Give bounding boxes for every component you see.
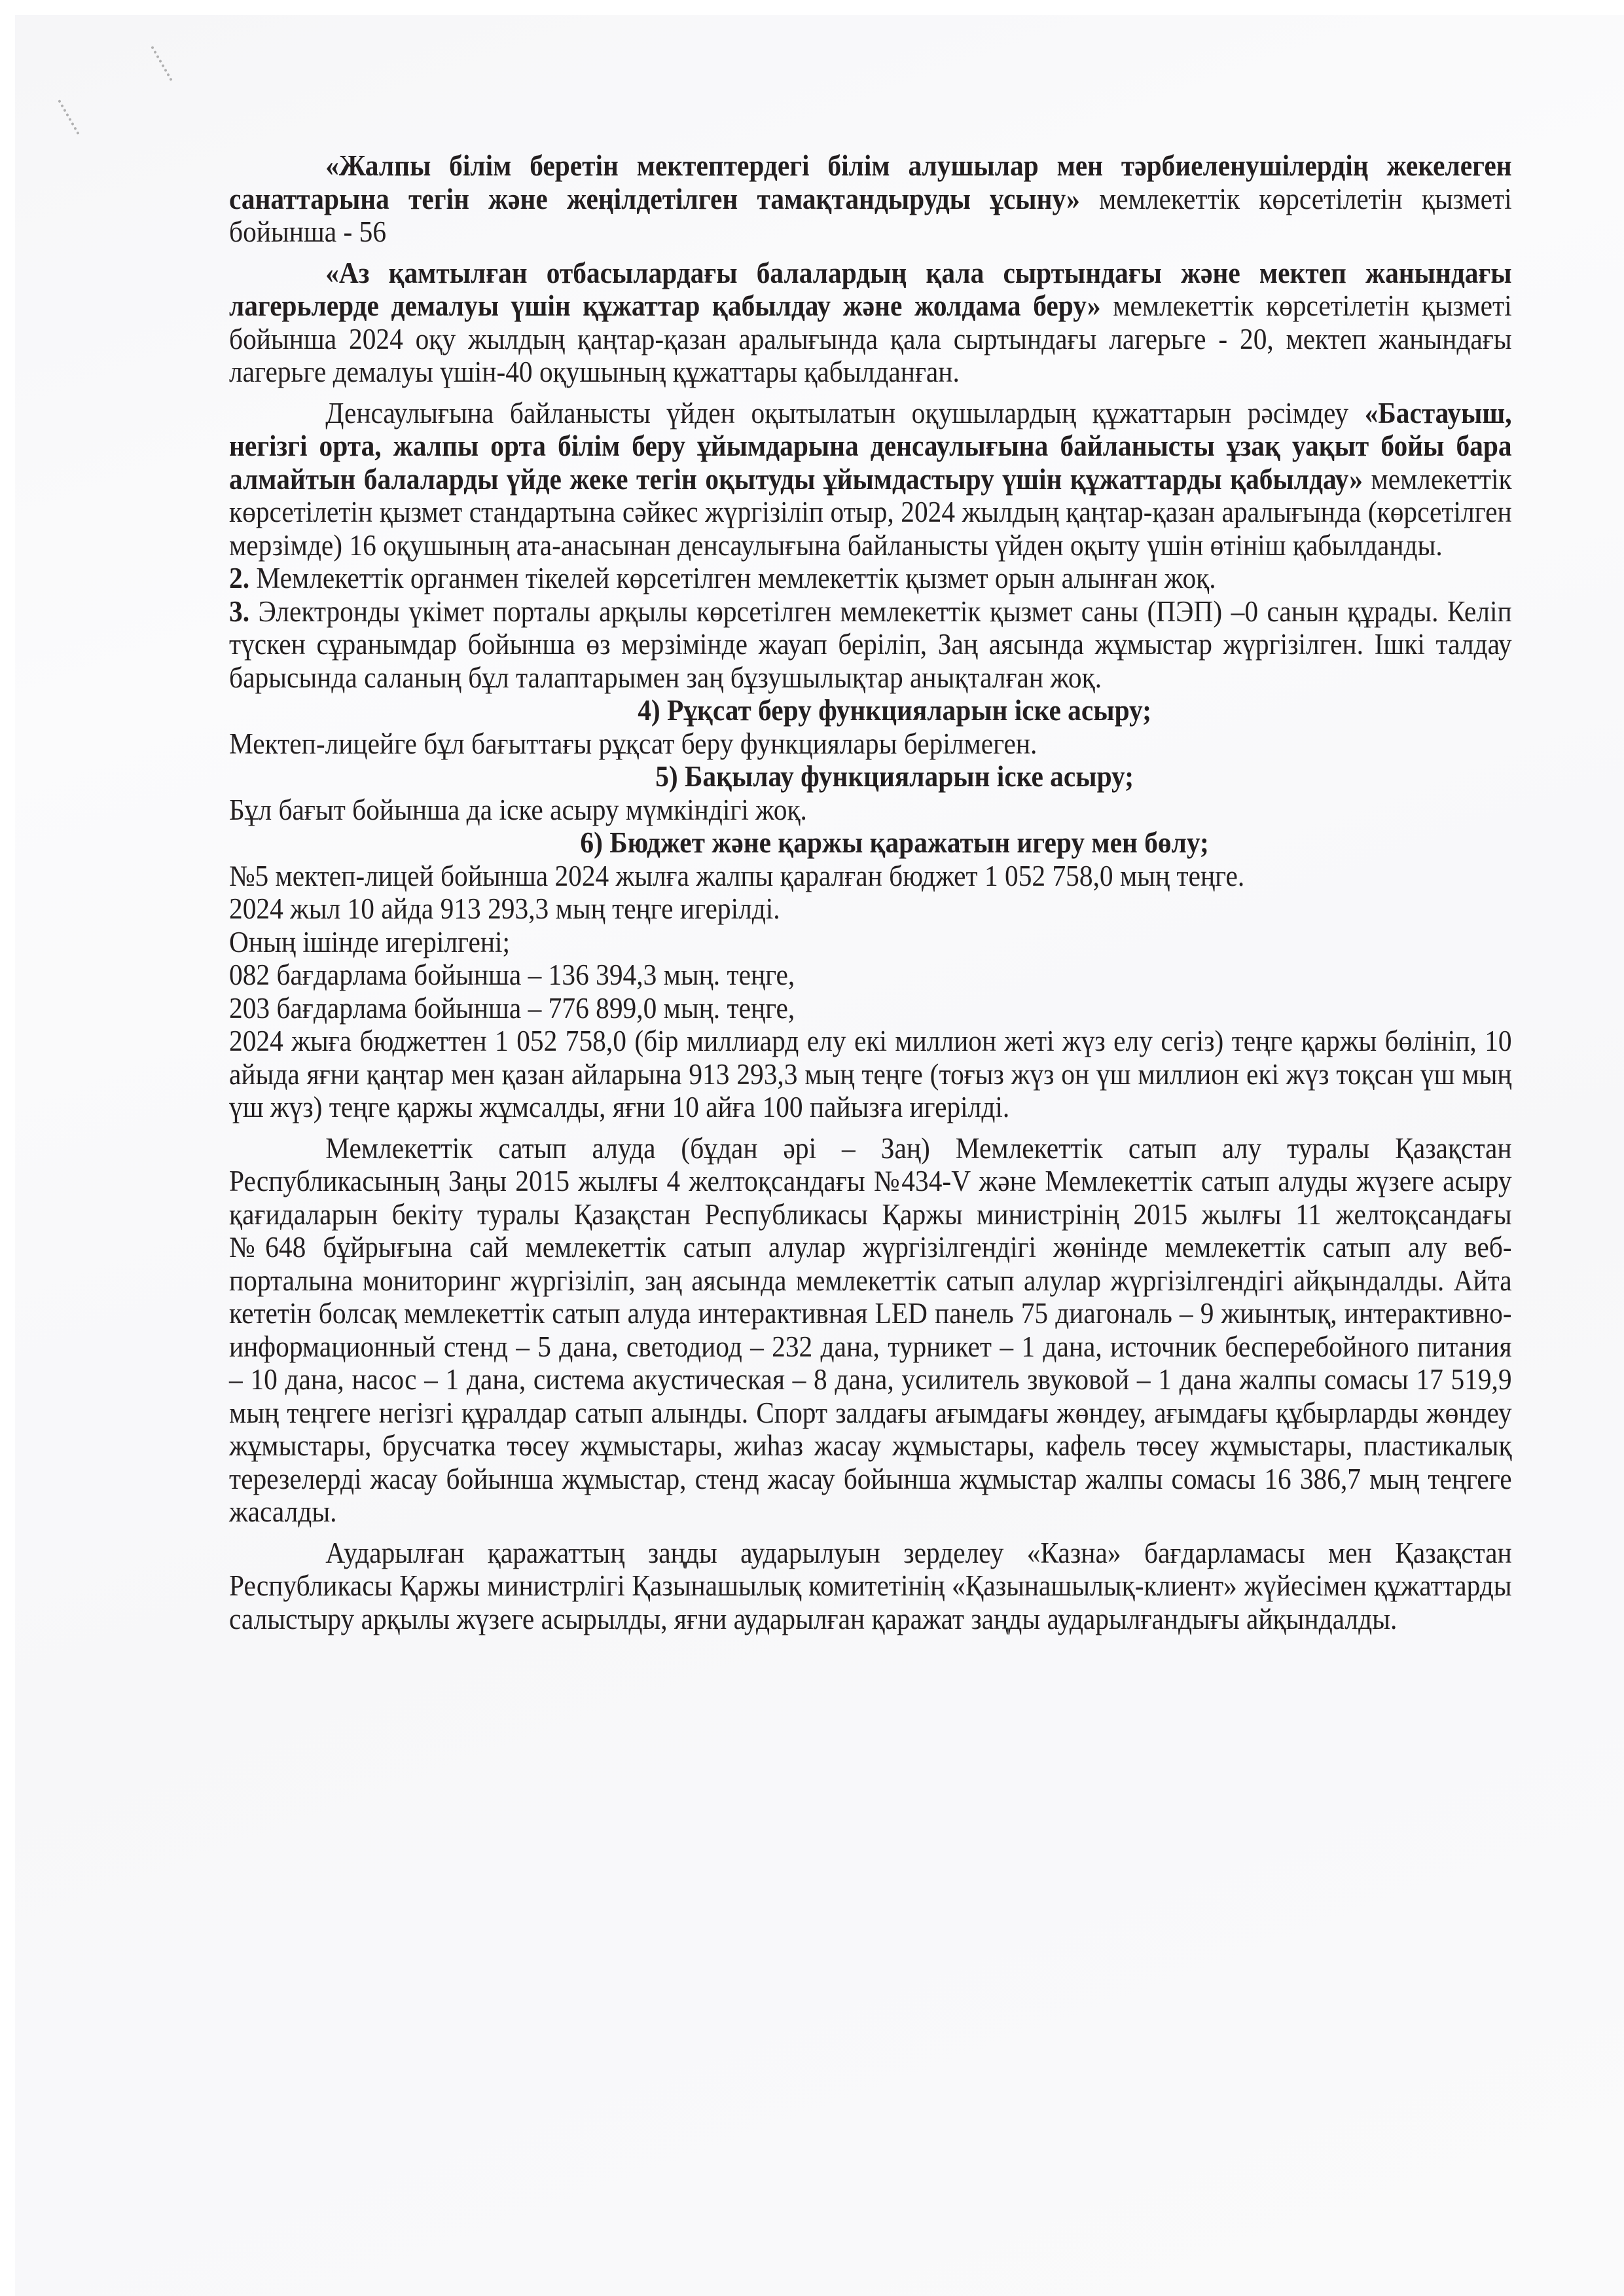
item-text-2: Мемлекеттік органмен тікелей көрсетілген…	[249, 562, 1216, 594]
budget-summary: 2024 жыға бюджеттен 1 052 758,0 (бір мил…	[229, 1025, 1512, 1124]
section-text-control: Бұл бағыт бойынша да іске асыру мүмкінді…	[229, 793, 1512, 827]
item-number-2: 2.	[229, 562, 249, 594]
paragraph-camps: «Аз қамтылған отбасылардағы балалардың қ…	[229, 257, 1512, 389]
treasury-paragraph: Аударылған қаражаттың заңды аударылуын з…	[229, 1537, 1512, 1636]
budget-line-spent: 2024 жыл 10 айда 913 293,3 мың теңге иге…	[229, 892, 1512, 926]
document-body: «Жалпы білім беретін мектептердегі білім…	[229, 149, 1512, 1635]
numbered-item-2: 2. Мемлекеттік органмен тікелей көрсетіл…	[229, 562, 1512, 595]
section-heading-permits: 4) Рұқсат беру функцияларын іске асыру;	[229, 694, 1512, 727]
section-heading-control: 5) Бақылау функцияларын іске асыру;	[229, 760, 1512, 793]
budget-line-program-203: 203 бағдарлама бойынша – 776 899,0 мың. …	[229, 992, 1512, 1025]
item-text-3: Электронды үкімет порталы арқылы көрсеті…	[229, 595, 1512, 694]
section-text-permits: Мектеп-лицейге бұл бағыттағы рұқсат беру…	[229, 727, 1512, 761]
budget-line-including: Оның ішінде игерілгені;	[229, 926, 1512, 959]
procurement-paragraph: Мемлекеттік сатып алуда (бұдан әрі – Заң…	[229, 1132, 1512, 1529]
section-heading-budget: 6) Бюджет және қаржы қаражатын игеру мен…	[229, 826, 1512, 860]
budget-line-total: №5 мектеп-лицей бойынша 2024 жылға жалпы…	[229, 860, 1512, 893]
home-schooling-intro: Денсаулығына байланысты үйден оқытылатын…	[325, 397, 1364, 429]
numbered-item-3: 3. Электронды үкімет порталы арқылы көрс…	[229, 595, 1512, 695]
paragraph-free-meals: «Жалпы білім беретін мектептердегі білім…	[229, 149, 1512, 249]
budget-line-program-082: 082 бағдарлама бойынша – 136 394,3 мың. …	[229, 958, 1512, 992]
item-number-3: 3.	[229, 595, 249, 628]
paragraph-home-schooling: Денсаулығына байланысты үйден оқытылатын…	[229, 397, 1512, 562]
